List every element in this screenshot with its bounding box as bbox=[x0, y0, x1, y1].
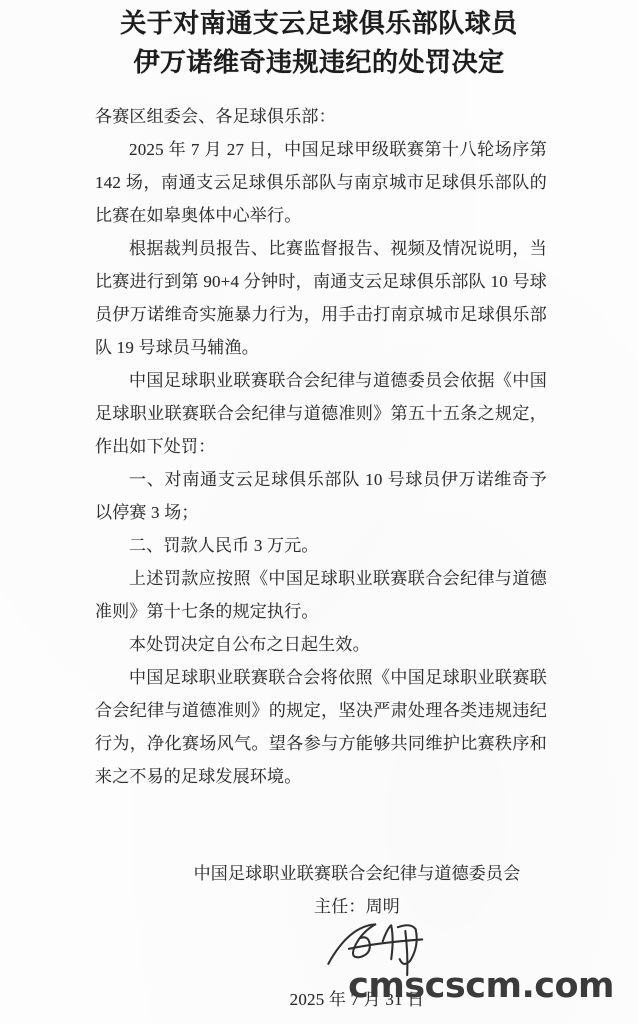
body-paragraph: 本处罚决定自公布之日起生效。 bbox=[95, 628, 547, 661]
document-title-line1: 关于对南通支云足球俱乐部队球员 bbox=[0, 4, 638, 43]
site-watermark: cmscscm.com bbox=[348, 966, 614, 1006]
body-paragraph: 中国足球职业联赛联合会纪律与道德委员会依据《中国足球职业联赛联合会纪律与道德准则… bbox=[95, 364, 547, 463]
body-paragraph: 根据裁判员报告、比赛监督报告、视频及情况说明，当比赛进行到第 90+4 分钟时，… bbox=[95, 232, 547, 364]
document-body: 各赛区组委会、各足球俱乐部： 2025 年 7 月 27 日，中国足球甲级联赛第… bbox=[95, 100, 547, 793]
document-title-line2: 伊万诺维奇违规违纪的处罚决定 bbox=[0, 43, 638, 82]
document-title: 关于对南通支云足球俱乐部队球员 伊万诺维奇违规违纪的处罚决定 bbox=[0, 4, 638, 82]
document-page: 关于对南通支云足球俱乐部队球员 伊万诺维奇违规违纪的处罚决定 各赛区组委会、各足… bbox=[0, 0, 638, 1024]
committee-name: 中国足球职业联赛联合会纪律与道德委员会 bbox=[96, 857, 618, 890]
body-paragraph: 一、对南通支云足球俱乐部队 10 号球员伊万诺维奇予以停赛 3 场； bbox=[95, 463, 547, 529]
body-paragraph: 中国足球职业联赛联合会将依照《中国足球职业联赛联合会纪律与道德准则》的规定，坚决… bbox=[95, 661, 547, 793]
paragraph-list: 2025 年 7 月 27 日，中国足球甲级联赛第十八轮场序第 142 场，南通… bbox=[95, 133, 547, 793]
body-paragraph: 上述罚款应按照《中国足球职业联赛联合会纪律与道德准则》第十七条的规定执行。 bbox=[95, 562, 547, 628]
body-paragraph: 二、罚款人民币 3 万元。 bbox=[95, 529, 547, 562]
body-paragraph: 2025 年 7 月 27 日，中国足球甲级联赛第十八轮场序第 142 场，南通… bbox=[95, 133, 547, 232]
salutation: 各赛区组委会、各足球俱乐部： bbox=[95, 100, 547, 133]
